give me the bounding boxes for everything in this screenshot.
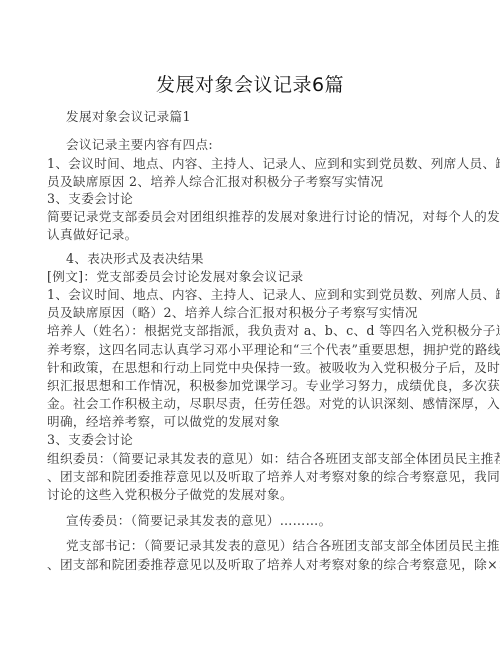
paragraph-line: 员及缺席原因 2、培养人综合汇报对积极分子考察写实情况	[47, 173, 457, 191]
paragraph-line: 简要记录党支部委员会对团组织推荐的发展对象进行讨论的情况，对每个人的发言要点	[47, 208, 457, 226]
paragraph-line: 认真做好记录。	[47, 226, 457, 244]
paragraph-line: 1、会议时间、地点、内容、主持人、记录人、应到和实到党员数、列席人员、缺席人	[47, 155, 457, 173]
paragraph-line: 3、支委会讨论	[47, 431, 457, 449]
paragraph-line: 宣传委员：（简要记录其发表的意见）………。	[66, 512, 476, 530]
section-heading: 发展对象会议记录篇1	[66, 108, 476, 126]
paragraph-line: 1、会议时间、地点、内容、主持人、记录人、应到和实到党员数、列席人员、缺席人	[47, 286, 457, 304]
paragraph-line: 养考察，这四名同志认真学习邓小平理论和“三个代表”重要思想，拥护党的路线、方	[47, 341, 457, 359]
paragraph-line: 4、表决形式及表决结果	[66, 250, 476, 268]
paragraph-line: 3、支委会讨论	[47, 190, 457, 208]
paragraph-line: 培养人（姓名）：根据党支部指派，我负责对 a、b、c、d 等四名入党积极分子进行…	[47, 322, 457, 340]
paragraph-line: 针和政策，在思想和行动上同党中央保持一致。被吸收为入党积极分子后，及时向党组	[47, 359, 457, 377]
document-title: 发展对象会议记录6篇	[0, 70, 500, 97]
paragraph-line: 织汇报思想和工作情况，积极参加党课学习。专业学习努力，成绩优良，多次获得奖学	[47, 377, 457, 395]
paragraph-line: 金。社会工作积极主动，尽职尽责，任劳任怨。对党的认识深刻、感情深厚，入党动机	[47, 395, 457, 413]
paragraph-line: 明确，经培养考察，可以做党的发展对象	[47, 413, 457, 431]
paragraph-line: 党支部书记：（简要记录其发表的意见）结合各班团支部支部全体团员民主推荐结果	[66, 537, 476, 555]
paragraph-line: 、团支部和院团委推荐意见以及听取了培养人对考察对象的综合考察意见，除×××以	[47, 556, 457, 574]
paragraph-line: 讨论的这些入党积极分子做党的发展对象。	[47, 486, 457, 504]
paragraph-line: [例文]：党支部委员会讨论发展对象会议记录	[47, 268, 457, 286]
paragraph-line: 、团支部和院团委推荐意见以及听取了培养人对考察对象的综合考察意见，我同意以上	[47, 468, 457, 486]
paragraph-line: 会议记录主要内容有四点:	[66, 136, 476, 154]
document-page: 发展对象会议记录6篇 发展对象会议记录篇1 会议记录主要内容有四点:1、会议时间…	[0, 0, 500, 647]
paragraph-line: 组织委员：（简要记录其发表的意见）如：结合各班团支部支部全体团员民主推荐结果	[47, 450, 457, 468]
paragraph-line: 员及缺席原因（略）2、培养人综合汇报对积极分子考察写实情况	[47, 304, 457, 322]
